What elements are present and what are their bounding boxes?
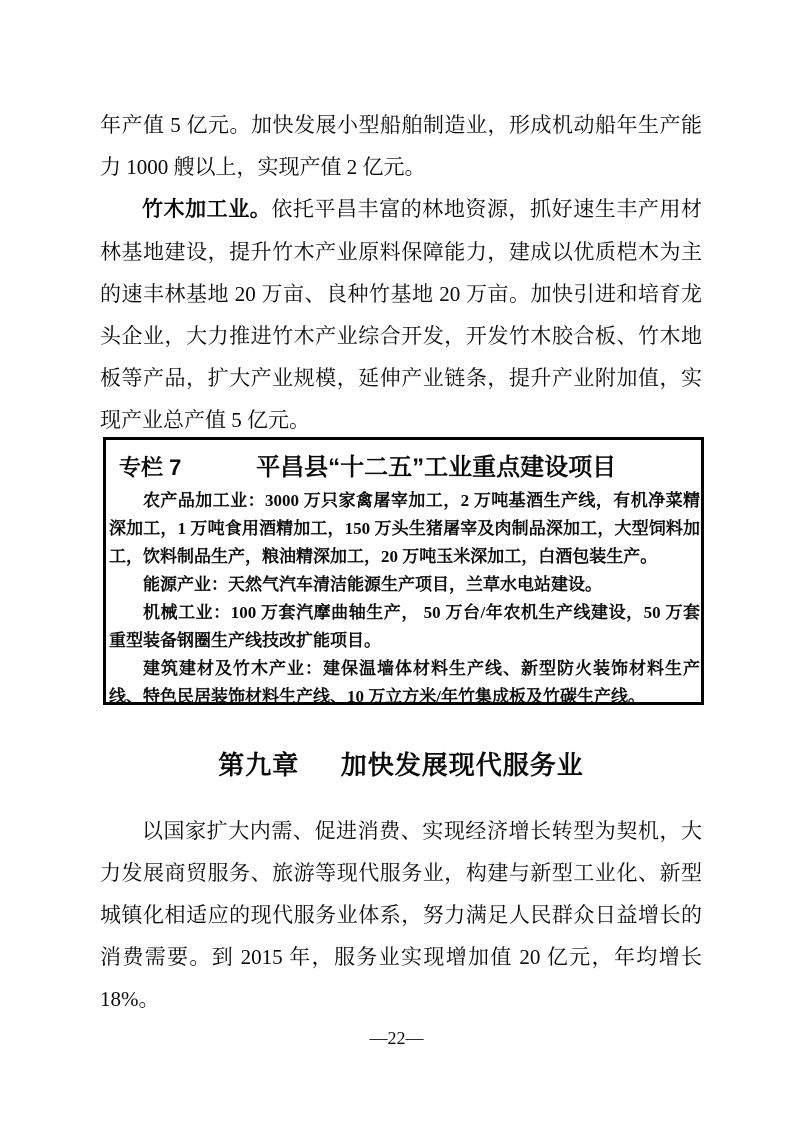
box-item-machinery: 机械工业：100 万套汽摩曲轴生产， 50 万台/年农机生产线建设，50 万套重… <box>109 599 700 655</box>
paragraph-shipbuilding: 年产值 5 亿元。加快发展小型船舶制造业，形成机动船年生产能力 1000 艘以上… <box>100 104 702 188</box>
paragraph-shipbuilding-text: 年产值 5 亿元。加快发展小型船舶制造业，形成机动船年生产能力 1000 艘以上… <box>100 113 702 179</box>
column-box-7-title: 平昌县“十二五”工业重点建设项目 <box>181 447 691 482</box>
box-item-energy-label: 能源产业： <box>143 575 228 594</box>
column-box-7-label: 专栏 7 <box>119 451 181 482</box>
box-item-machinery-label: 机械工业： <box>143 603 231 622</box>
closing-paragraph-block: 以国家扩大内需、促进消费、实现经济增长转型为契机，大力发展商贸服务、旅游等现代服… <box>100 810 702 1020</box>
box-item-energy-text: 天然气汽车清洁能源生产项目，兰草水电站建设。 <box>228 575 602 594</box>
column-box-7: 专栏 7 平昌县“十二五”工业重点建设项目 农产品加工业：3000 万只家禽屠宰… <box>103 437 704 705</box>
paragraph-bamboo-wood-label: 竹木加工业。 <box>142 198 271 221</box>
box-item-energy: 能源产业：天然气汽车清洁能源生产项目，兰草水电站建设。 <box>109 571 700 599</box>
page-number: —22— <box>0 1028 793 1049</box>
column-box-7-header: 专栏 7 平昌县“十二五”工业重点建设项目 <box>106 440 701 482</box>
column-box-7-body: 农产品加工业：3000 万只家禽屠宰加工，2 万吨基酒生产线，有机净菜精深加工，… <box>106 482 701 711</box>
paragraph-services-text: 以国家扩大内需、促进消费、实现经济增长转型为契机，大力发展商贸服务、旅游等现代服… <box>100 819 702 1011</box>
paragraph-services: 以国家扩大内需、促进消费、实现经济增长转型为契机，大力发展商贸服务、旅游等现代服… <box>100 810 702 1020</box>
box-item-construction-label: 建筑建材及竹木产业： <box>143 659 323 678</box>
chapter-heading: 第九章加快发展现代服务业 <box>100 745 702 782</box>
box-item-construction: 建筑建材及竹木产业：建保温墙体材料生产线、新型防火装饰材料生产线、特色民居装饰材… <box>109 655 700 711</box>
document-page: 年产值 5 亿元。加快发展小型船舶制造业，形成机动船年生产能力 1000 艘以上… <box>0 0 793 1122</box>
paragraph-bamboo-wood: 竹木加工业。依托平昌丰富的林地资源，抓好速生丰产用材林基地建设，提升竹木产业原料… <box>100 188 702 441</box>
chapter-title: 加快发展现代服务业 <box>341 750 584 780</box>
body-paragraphs: 年产值 5 亿元。加快发展小型船舶制造业，形成机动船年生产能力 1000 艘以上… <box>100 104 702 441</box>
paragraph-bamboo-wood-text: 依托平昌丰富的林地资源，抓好速生丰产用材林基地建设，提升竹木产业原料保障能力，建… <box>100 197 702 432</box>
chapter-number: 第九章 <box>218 750 299 780</box>
box-item-agriculture: 农产品加工业：3000 万只家禽屠宰加工，2 万吨基酒生产线，有机净菜精深加工，… <box>109 487 700 571</box>
box-item-agriculture-label: 农产品加工业： <box>143 491 265 510</box>
